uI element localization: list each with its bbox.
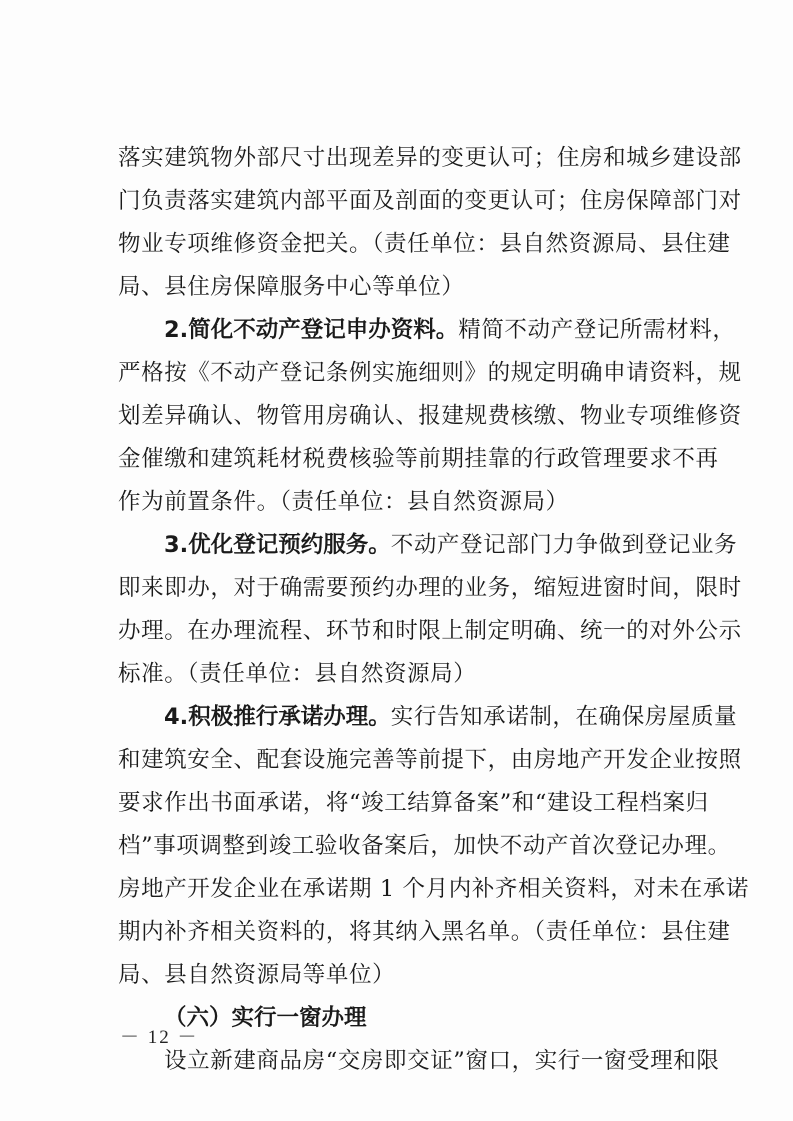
paragraph-line: 严格按《不动产登记条例实施细则》的规定明确申请资料，规 — [118, 352, 686, 395]
paragraph-line: 物业专项维修资金把关。（责任单位：县自然资源局、县住建 — [118, 223, 686, 266]
item-4-first-line: 4.积极推行承诺办理。实行告知承诺制，在确保房屋质量 — [118, 696, 686, 739]
page-number: － 12 － — [120, 1022, 199, 1049]
paragraph-line: 要求作出书面承诺，将“竣工结算备案”和“建设工程档案归 — [118, 782, 686, 825]
document-body: 落实建筑物外部尺寸出现差异的变更认可；住房和城乡建设部 门负责落实建筑内部平面及… — [118, 137, 686, 1083]
paragraph-line: 档”事项调整到竣工验收备案后，加快不动产首次登记办理。 — [118, 825, 686, 868]
item-3-text: 不动产登记部门力争做到登记业务 — [391, 532, 738, 558]
item-2-title: 2.简化不动产登记申办资料。 — [164, 317, 458, 343]
paragraph-line: 门负责落实建筑内部平面及剖面的变更认可；住房保障部门对 — [118, 180, 686, 223]
document-page: 落实建筑物外部尺寸出现差异的变更认可；住房和城乡建设部 门负责落实建筑内部平面及… — [0, 0, 793, 1121]
paragraph-line: 标准。（责任单位：县自然资源局） — [118, 653, 686, 696]
paragraph-line: 房地产开发企业在承诺期 1 个月内补齐相关资料，对未在承诺 — [118, 868, 686, 911]
item-3-title: 3.优化登记预约服务。 — [164, 532, 391, 558]
item-3-first-line: 3.优化登记预约服务。不动产登记部门力争做到登记业务 — [118, 524, 686, 567]
item-4-text: 实行告知承诺制，在确保房屋质量 — [391, 704, 738, 730]
section-6-first-line: 设立新建商品房“交房即交证”窗口，实行一窗受理和限 — [118, 1040, 686, 1083]
paragraph-line: 局、县自然资源局等单位） — [118, 954, 686, 997]
paragraph-line: 即来即办，对于确需要预约办理的业务，缩短进窗时间，限时 — [118, 567, 686, 610]
paragraph-line: 期内补齐相关资料的，将其纳入黑名单。（责任单位：县住建 — [118, 911, 686, 954]
item-4-title: 4.积极推行承诺办理。 — [164, 704, 391, 730]
item-2-first-line: 2.简化不动产登记申办资料。精简不动产登记所需材料， — [118, 309, 686, 352]
paragraph-line: 金催缴和建筑耗材税费核验等前期挂靠的行政管理要求不再 — [118, 438, 686, 481]
section-6-heading: （六）实行一窗办理 — [118, 997, 686, 1040]
paragraph-line: 划差异确认、物管用房确认、报建规费核缴、物业专项维修资 — [118, 395, 686, 438]
paragraph-line: 局、县住房保障服务中心等单位） — [118, 266, 686, 309]
paragraph-line: 落实建筑物外部尺寸出现差异的变更认可；住房和城乡建设部 — [118, 137, 686, 180]
paragraph-line: 和建筑安全、配套设施完善等前提下，由房地产开发企业按照 — [118, 739, 686, 782]
item-2-text: 精简不动产登记所需材料， — [458, 317, 735, 343]
paragraph-line: 作为前置条件。（责任单位：县自然资源局） — [118, 481, 686, 524]
paragraph-line: 办理。在办理流程、环节和时限上制定明确、统一的对外公示 — [118, 610, 686, 653]
